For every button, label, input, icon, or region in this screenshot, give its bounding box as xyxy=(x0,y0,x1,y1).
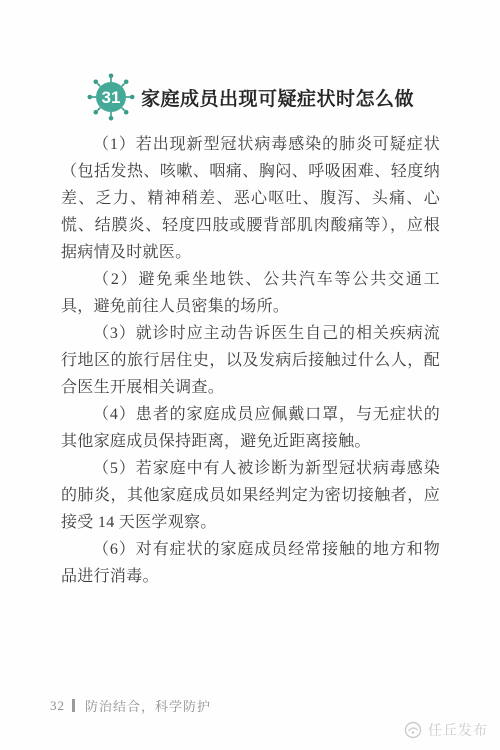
publisher-watermark: 任丘发布 xyxy=(404,720,488,740)
paragraph-6: （6）对有症状的家庭成员经常接触的地方和物品进行消毒。 xyxy=(61,536,440,590)
section-title: 家庭成员出现可疑症状时怎么做 xyxy=(141,84,414,111)
publisher-logo-icon xyxy=(404,721,422,739)
paragraph-2: （2）避免乘坐地铁、公共汽车等公共交通工具，避免前往人员密集的场所。 xyxy=(61,266,440,320)
paragraph-1: （1）若出现新型冠状病毒感染的肺炎可疑症状（包括发热、咳嗽、咽痛、胸闷、呼吸困难… xyxy=(61,131,440,266)
footer-divider xyxy=(72,699,75,712)
page-number: 32 xyxy=(50,698,65,714)
paragraph-5: （5）若家庭中有人被诊断为新型冠状病毒感染的肺炎，其他家庭成员如果经判定为密切接… xyxy=(61,455,440,536)
footer-slogan: 防治结合，科学防护 xyxy=(85,696,211,715)
page-footer: 32 防治结合，科学防护 xyxy=(50,696,211,715)
publisher-name: 任丘发布 xyxy=(428,720,488,740)
content-area: （1）若出现新型冠状病毒感染的肺炎可疑症状（包括发热、咳嗽、咽痛、胸闷、呼吸困难… xyxy=(61,131,440,590)
section-header: 31 家庭成员出现可疑症状时怎么做 xyxy=(86,72,446,122)
virus-icon: 31 xyxy=(86,72,136,122)
paragraph-4: （4）患者的家庭成员应佩戴口罩，与无症状的其他家庭成员保持距离，避免近距离接触。 xyxy=(61,401,440,455)
book-page: 31 家庭成员出现可疑症状时怎么做 （1）若出现新型冠状病毒感染的肺炎可疑症状（… xyxy=(0,0,500,750)
section-number: 31 xyxy=(102,88,121,107)
paragraph-3: （3）就诊时应主动告诉医生自己的相关疾病流行地区的旅行居住史，以及发病后接触过什… xyxy=(61,320,440,401)
